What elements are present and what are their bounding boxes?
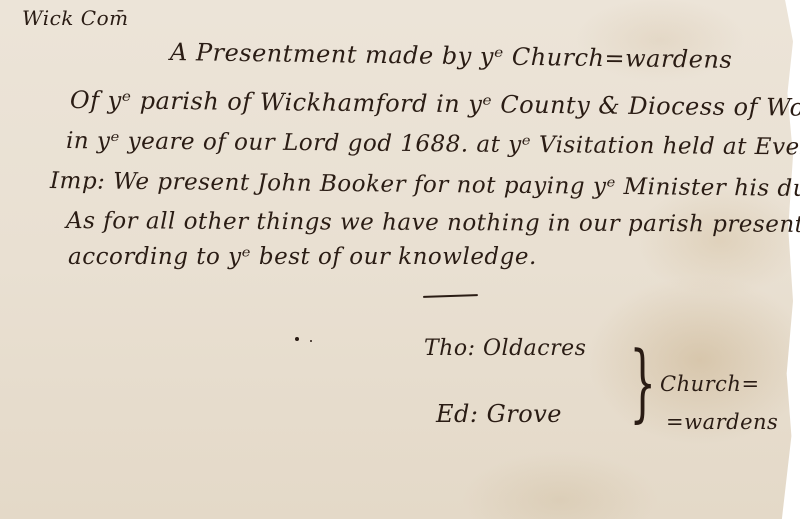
signature-oldacres: Tho: Oldacres: [424, 336, 586, 361]
document-reference: Wick Com̄: [22, 6, 129, 30]
document-line: according to yᵉ best of our knowledge.: [68, 244, 537, 270]
role-label-wardens: =wardens: [666, 410, 778, 434]
signature-grove: Ed: Grove: [436, 400, 562, 428]
role-label-church: Church=: [660, 372, 760, 396]
ink-spot: [295, 337, 299, 341]
document-line: As for all other things we have nothing …: [66, 208, 800, 238]
brace-glyph: }: [629, 340, 656, 424]
ink-spot: [310, 340, 312, 342]
